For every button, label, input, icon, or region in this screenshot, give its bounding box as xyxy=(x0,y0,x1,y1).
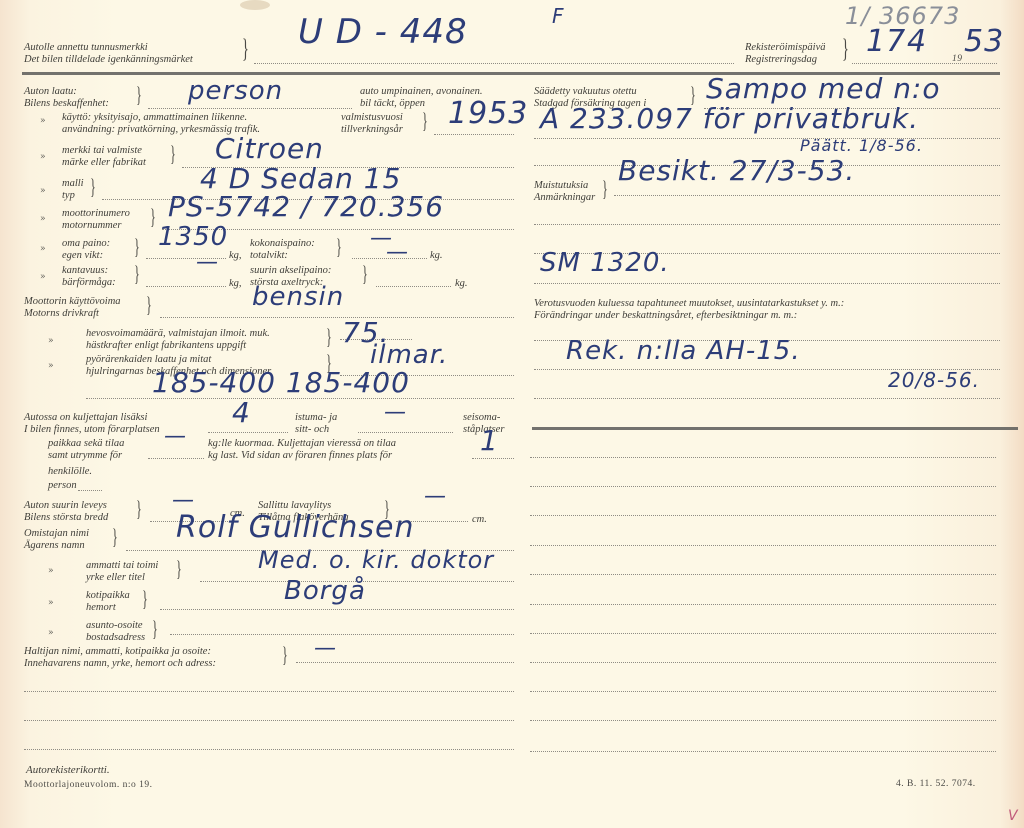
form-code: Moottorlajoneuvolom. n:o 19. xyxy=(24,780,153,790)
seats-field xyxy=(208,432,288,433)
brace: } xyxy=(142,588,148,610)
own-weight-label-fi: oma paino: xyxy=(62,238,110,249)
bullet: » xyxy=(40,152,46,162)
profession-label-fi: ammatti tai toimi xyxy=(86,560,158,571)
bullet: » xyxy=(48,336,54,346)
insurance-note: Päätt. 1/8-56. xyxy=(800,136,923,155)
home-field xyxy=(160,609,514,610)
year-field xyxy=(434,134,514,135)
insurance-field-2 xyxy=(534,138,1000,139)
reg-date-label-sv: Registreringsdag xyxy=(745,54,817,65)
seats-label-fi: Autossa on kuljettajan lisäksi xyxy=(24,412,147,423)
holder-label-fi: Haltijan nimi, ammatti, kotipaikka ja os… xyxy=(24,646,211,657)
brace: } xyxy=(152,618,158,640)
width-label-sv: Bilens största bredd xyxy=(24,512,108,523)
insurance-line-2: A 233.097 för privatbruk. xyxy=(540,102,919,135)
bullet: » xyxy=(40,244,46,254)
bullet: » xyxy=(48,628,54,638)
own-weight-value: 1350 xyxy=(158,222,228,252)
brace: } xyxy=(134,236,140,258)
person-label-fi: henkilölle. xyxy=(48,466,92,477)
reg-mark-label-fi: Autolle annettu tunnusmerkki xyxy=(24,42,148,53)
home-label-sv: hemort xyxy=(86,602,116,613)
brace: } xyxy=(112,526,118,548)
brace: } xyxy=(90,176,96,198)
cargo-label-fi: paikkaa sekä tilaa xyxy=(48,438,124,449)
capacity-label-fi: kantavuus: xyxy=(62,265,108,276)
type-value: person xyxy=(188,76,283,106)
axle-value: — xyxy=(386,240,409,265)
fuel-label-sv: Motorns drivkraft xyxy=(24,308,99,319)
bullet: » xyxy=(40,214,46,224)
corner-mark: V xyxy=(1008,808,1018,824)
capacity-field xyxy=(146,286,226,287)
make-label-sv: märke eller fabrikat xyxy=(62,157,146,168)
changes-label-fi: Verotusvuoden kuluessa tapahtuneet muuto… xyxy=(534,298,844,309)
brace: } xyxy=(146,294,152,316)
make-label-fi: merkki tai valmiste xyxy=(62,145,142,156)
axle-label-fi: suurin akselipaino: xyxy=(250,265,331,276)
hp-label-fi: hevosvoimamäärä, valmistajan ilmoit. muk… xyxy=(86,328,270,339)
year-label-sv: tillverkningsår xyxy=(341,124,403,135)
card-title: Autorekisterikortti. xyxy=(26,765,110,776)
year-label-fi: valmistusvuosi xyxy=(341,112,403,123)
change-1: Rek. n:lla AH-15. xyxy=(566,336,801,366)
address-label-sv: bostadsadress xyxy=(86,632,145,643)
tyre-field-2 xyxy=(86,398,514,399)
bullet: » xyxy=(40,272,46,282)
fuel-label-fi: Moottorin käyttövoima xyxy=(24,296,121,307)
cargo-value: — xyxy=(164,424,187,449)
changes-line xyxy=(530,751,996,752)
changes-line xyxy=(530,545,996,546)
owner-label-fi: Omistajan nimi xyxy=(24,528,89,539)
engine-label-fi: moottorinumero xyxy=(62,208,130,219)
brace: } xyxy=(602,178,608,200)
reg-date-month: 4 xyxy=(907,24,927,59)
bullet: » xyxy=(48,598,54,608)
use-label-fi: käyttö: yksityisajo, ammattimainen liike… xyxy=(62,112,247,123)
overhang-value: — xyxy=(424,484,447,509)
paper-stain xyxy=(240,0,270,10)
insurance-line-1: Sampo med n:o xyxy=(706,72,941,105)
changes-line xyxy=(530,457,996,458)
brace: } xyxy=(170,143,176,165)
bullet: » xyxy=(48,361,54,371)
model-label-fi: malli xyxy=(62,178,84,189)
reg-date-field xyxy=(852,63,997,64)
changes-line xyxy=(530,604,996,605)
bullet: » xyxy=(40,116,46,126)
bullet: » xyxy=(40,186,46,196)
brace: } xyxy=(134,263,140,285)
brace: } xyxy=(422,110,428,132)
changes-rule xyxy=(532,427,1018,430)
brace: } xyxy=(136,84,142,106)
stand-label-fi: seisoma- xyxy=(463,412,500,423)
changes-line xyxy=(530,574,996,575)
home-value: Borgå xyxy=(284,576,366,606)
remarks-label-sv: Anmärkningar xyxy=(534,192,595,203)
brace: } xyxy=(176,558,182,580)
remarks-field-2 xyxy=(534,224,1000,225)
reg-date-label-fi: Rekisteröimispäivä xyxy=(745,42,825,53)
sit-label-fi: istuma- ja xyxy=(295,412,337,423)
unit-kg: kg. xyxy=(430,250,443,261)
year-value: 1953 xyxy=(448,96,528,131)
cargo-text-fi: kg:lle kuormaa. Kuljettajan vieressä on … xyxy=(208,438,396,449)
axle-field xyxy=(376,286,451,287)
changes-line xyxy=(530,486,996,487)
tyre-dims-value: 185-400 185-400 xyxy=(152,366,410,399)
unit-cm: cm. xyxy=(472,514,487,525)
holder-field-4 xyxy=(24,749,514,750)
type-label-sv: Bilens beskaffenhet: xyxy=(24,98,109,109)
type-field xyxy=(148,108,352,109)
profession-label-sv: yrke eller titel xyxy=(86,572,145,583)
hp-label-sv: hästkrafter enligt fabrikantens uppgift xyxy=(86,340,246,351)
insurance-label-fi: Säädetty vakuutus otettu xyxy=(534,86,637,97)
changes-line xyxy=(530,691,996,692)
cargo-field xyxy=(148,458,204,459)
owner-value: Rolf Gullichsen xyxy=(176,510,415,545)
total-weight-label-fi: kokonaispaino: xyxy=(250,238,315,249)
owner-label-sv: Ägarens namn xyxy=(24,540,85,551)
model-label-sv: typ xyxy=(62,190,75,201)
change-1-date: 20/8-56. xyxy=(888,368,980,392)
type-label-fi: Auton laatu: xyxy=(24,86,77,97)
tyre-label-fi: pyörärenkaiden laatu ja mitat xyxy=(86,354,211,365)
brace: } xyxy=(326,326,332,348)
standing-field xyxy=(358,432,453,433)
top-mark: F xyxy=(552,4,565,28)
brace: } xyxy=(282,644,288,666)
remarks-field-4 xyxy=(534,283,1000,284)
body-label-sv: bil täckt, öppen xyxy=(360,98,425,109)
brace: } xyxy=(242,38,249,60)
remarks-label-fi: Muistutuksia xyxy=(534,180,588,191)
fuel-value: bensin xyxy=(252,282,344,312)
bullet: » xyxy=(48,566,54,576)
reg-date-year: 53 xyxy=(964,24,1004,59)
holder-label-sv: Innehavarens namn, yrke, hemort och adre… xyxy=(24,658,216,669)
reg-date-century: 19 xyxy=(952,54,963,64)
make-value: Citroen xyxy=(215,132,324,165)
print-code: 4. B. 11. 52. 7074. xyxy=(896,779,976,789)
home-label-fi: kotipaikka xyxy=(86,590,130,601)
sit-label-sv: sitt- och xyxy=(295,424,329,435)
brace: } xyxy=(842,38,849,60)
changes-label-sv: Förändringar under beskattningsåret, eft… xyxy=(534,310,797,321)
remarks-field xyxy=(614,195,1000,196)
holder-field-2 xyxy=(24,691,514,692)
holder-value: — xyxy=(314,636,337,661)
profession-value: Med. o. kir. doktor xyxy=(258,546,494,574)
unit-kg: kg, xyxy=(229,278,242,289)
capacity-value: — xyxy=(196,250,219,275)
capacity-label-sv: bärförmåga: xyxy=(62,277,116,288)
person-field xyxy=(78,490,102,491)
brace: } xyxy=(336,236,342,258)
seats-value: 4 xyxy=(232,396,251,429)
changes-field-3 xyxy=(534,398,1000,399)
changes-line xyxy=(530,633,996,634)
changes-line xyxy=(530,515,996,516)
address-field xyxy=(170,634,514,635)
holder-field-3 xyxy=(24,720,514,721)
reg-mark-field xyxy=(254,63,734,64)
engine-value: PS-5742 / 720.356 xyxy=(168,190,444,223)
reg-mark-value: U D - 448 xyxy=(298,12,468,52)
brace: } xyxy=(362,263,368,285)
standing-value: — xyxy=(384,400,407,425)
brace: } xyxy=(136,498,142,520)
remarks-value: Besikt. 27/3-53. xyxy=(618,154,855,187)
own-weight-label-sv: egen vikt: xyxy=(62,250,103,261)
remarks-code: SM 1320. xyxy=(540,248,670,278)
address-label-fi: asunto-osoite xyxy=(86,620,143,631)
fuel-field xyxy=(160,317,514,318)
width-label-fi: Auton suurin leveys xyxy=(24,500,107,511)
changes-line xyxy=(530,662,996,663)
reg-mark-label-sv: Det bilen tilldelade igenkänningsmärket xyxy=(24,54,193,65)
changes-line xyxy=(530,720,996,721)
unit-kg: kg, xyxy=(229,250,242,261)
cargo-text-sv: kg last. Vid sidan av föraren finnes pla… xyxy=(208,450,392,461)
person-label-sv: person xyxy=(48,480,77,491)
cargo-label-sv: samt utrymme för xyxy=(48,450,122,461)
total-weight-label-sv: totalvikt: xyxy=(250,250,288,261)
holder-field xyxy=(296,662,514,663)
engine-label-sv: motornummer xyxy=(62,220,122,231)
seats-label-sv: I bilen finnes, utom förarplatsen xyxy=(24,424,160,435)
unit-kg: kg. xyxy=(455,278,468,289)
reg-date-day: 17 xyxy=(866,24,906,59)
beside-driver-field xyxy=(472,458,514,459)
beside-driver-value: 1 xyxy=(480,424,499,457)
brace: } xyxy=(150,206,156,228)
